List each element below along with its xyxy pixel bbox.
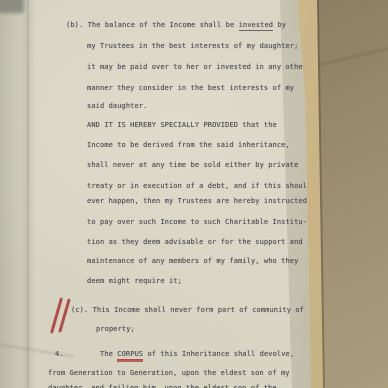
provision-line-9: deem might require it; <box>87 277 182 286</box>
corpus-red-underlined-word: CORPUS <box>117 350 143 360</box>
provision-line-3: shall never at any time be sold either b… <box>87 161 298 170</box>
clause-b-line-3: it may be paid over to her or invested i… <box>87 63 307 72</box>
provision-line-2: Income to be derived from the said inher… <box>87 141 290 150</box>
clause-4-line-3-clipped: daughter, and failing him, upon the elde… <box>48 384 277 388</box>
provision-line-6: to pay over such Income to such Charitab… <box>87 218 307 227</box>
clause-c-label: (c). <box>71 306 88 314</box>
provision-line-8: maintenance of any members of my family,… <box>87 257 298 266</box>
clause-4-line-2: from Generation to Generation, upon the … <box>48 369 290 378</box>
clause-4-line-1: The CORPUS of this Inheritance shall dev… <box>100 350 294 359</box>
clause-b-label: (b). <box>66 21 83 29</box>
clause-c-line-2: property; <box>96 325 135 334</box>
clause-b-line-1: (b). The balance of the Income shall be … <box>66 21 286 30</box>
provision-line-4: treaty or in execution of a debt, and if… <box>87 182 311 191</box>
underlined-word: invested <box>239 21 274 31</box>
provision-line-1: AND IT IS HEREBY SPECIALLY PROVIDED that… <box>87 121 277 130</box>
provision-line-7: tion as they deem advisable or for the s… <box>87 238 303 247</box>
scanned-document-photo: (b). The balance of the Income shall be … <box>0 0 388 388</box>
clause-b-line-2: my Trustees in the best interests of my … <box>87 42 298 51</box>
clause-b-line-4: manner they consider in the best interes… <box>87 84 294 93</box>
clause-4-number: 4. <box>55 350 64 359</box>
clause-c-line-1: (c). This Income shall never form part o… <box>71 306 304 315</box>
provision-line-5: ever happen, then my Trustees are hereby… <box>87 197 307 206</box>
clause-b-line-5: said daughter. <box>87 102 147 111</box>
